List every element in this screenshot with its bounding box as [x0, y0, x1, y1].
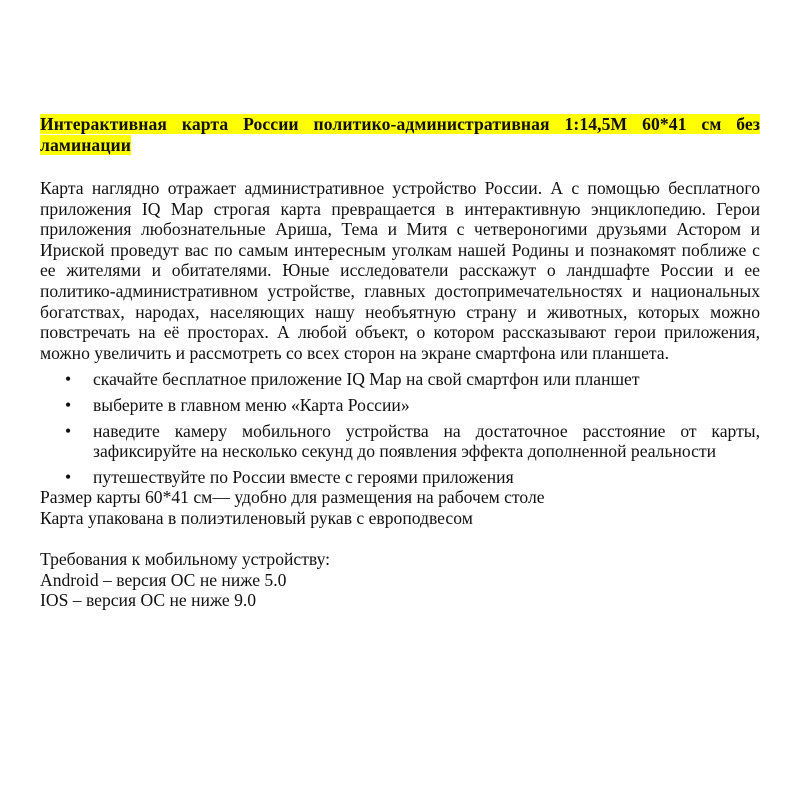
- title-highlight: Интерактивная карта России политико-адми…: [40, 114, 760, 155]
- requirement-ios: IOS – версия ОС не ниже 9.0: [40, 590, 760, 611]
- step-text: выберите в главном меню «Карта России»: [93, 395, 410, 415]
- requirements-heading: Требования к мобильному устройству:: [40, 549, 760, 570]
- step-text: скачайте бесплатное приложение IQ Map на…: [93, 369, 640, 389]
- list-item: •путешествуйте по России вместе с героям…: [40, 467, 760, 488]
- bullet-icon: •: [65, 369, 71, 390]
- product-title: Интерактивная карта России политико-адми…: [40, 114, 760, 156]
- requirement-android: Android – версия ОС не ниже 5.0: [40, 570, 760, 591]
- step-text: путешествуйте по России вместе с героями…: [93, 467, 514, 487]
- spacer: [40, 529, 760, 550]
- usage-steps-list: •скачайте бесплатное приложение IQ Map н…: [40, 369, 760, 487]
- list-item: •скачайте бесплатное приложение IQ Map н…: [40, 369, 760, 390]
- product-description: Интерактивная карта России политико-адми…: [40, 114, 760, 611]
- size-note: Размер карты 60*41 см— удобно для размещ…: [40, 487, 760, 508]
- bullet-icon: •: [65, 467, 71, 488]
- list-item: •наведите камеру мобильного устройства н…: [40, 421, 760, 462]
- bullet-icon: •: [65, 421, 71, 442]
- step-text: наведите камеру мобильного устройства на…: [93, 421, 760, 462]
- packaging-note: Карта упакована в полиэтиленовый рукав с…: [40, 508, 760, 529]
- list-item: •выберите в главном меню «Карта России»: [40, 395, 760, 416]
- bullet-icon: •: [65, 395, 71, 416]
- intro-paragraph: Карта наглядно отражает административное…: [40, 178, 760, 363]
